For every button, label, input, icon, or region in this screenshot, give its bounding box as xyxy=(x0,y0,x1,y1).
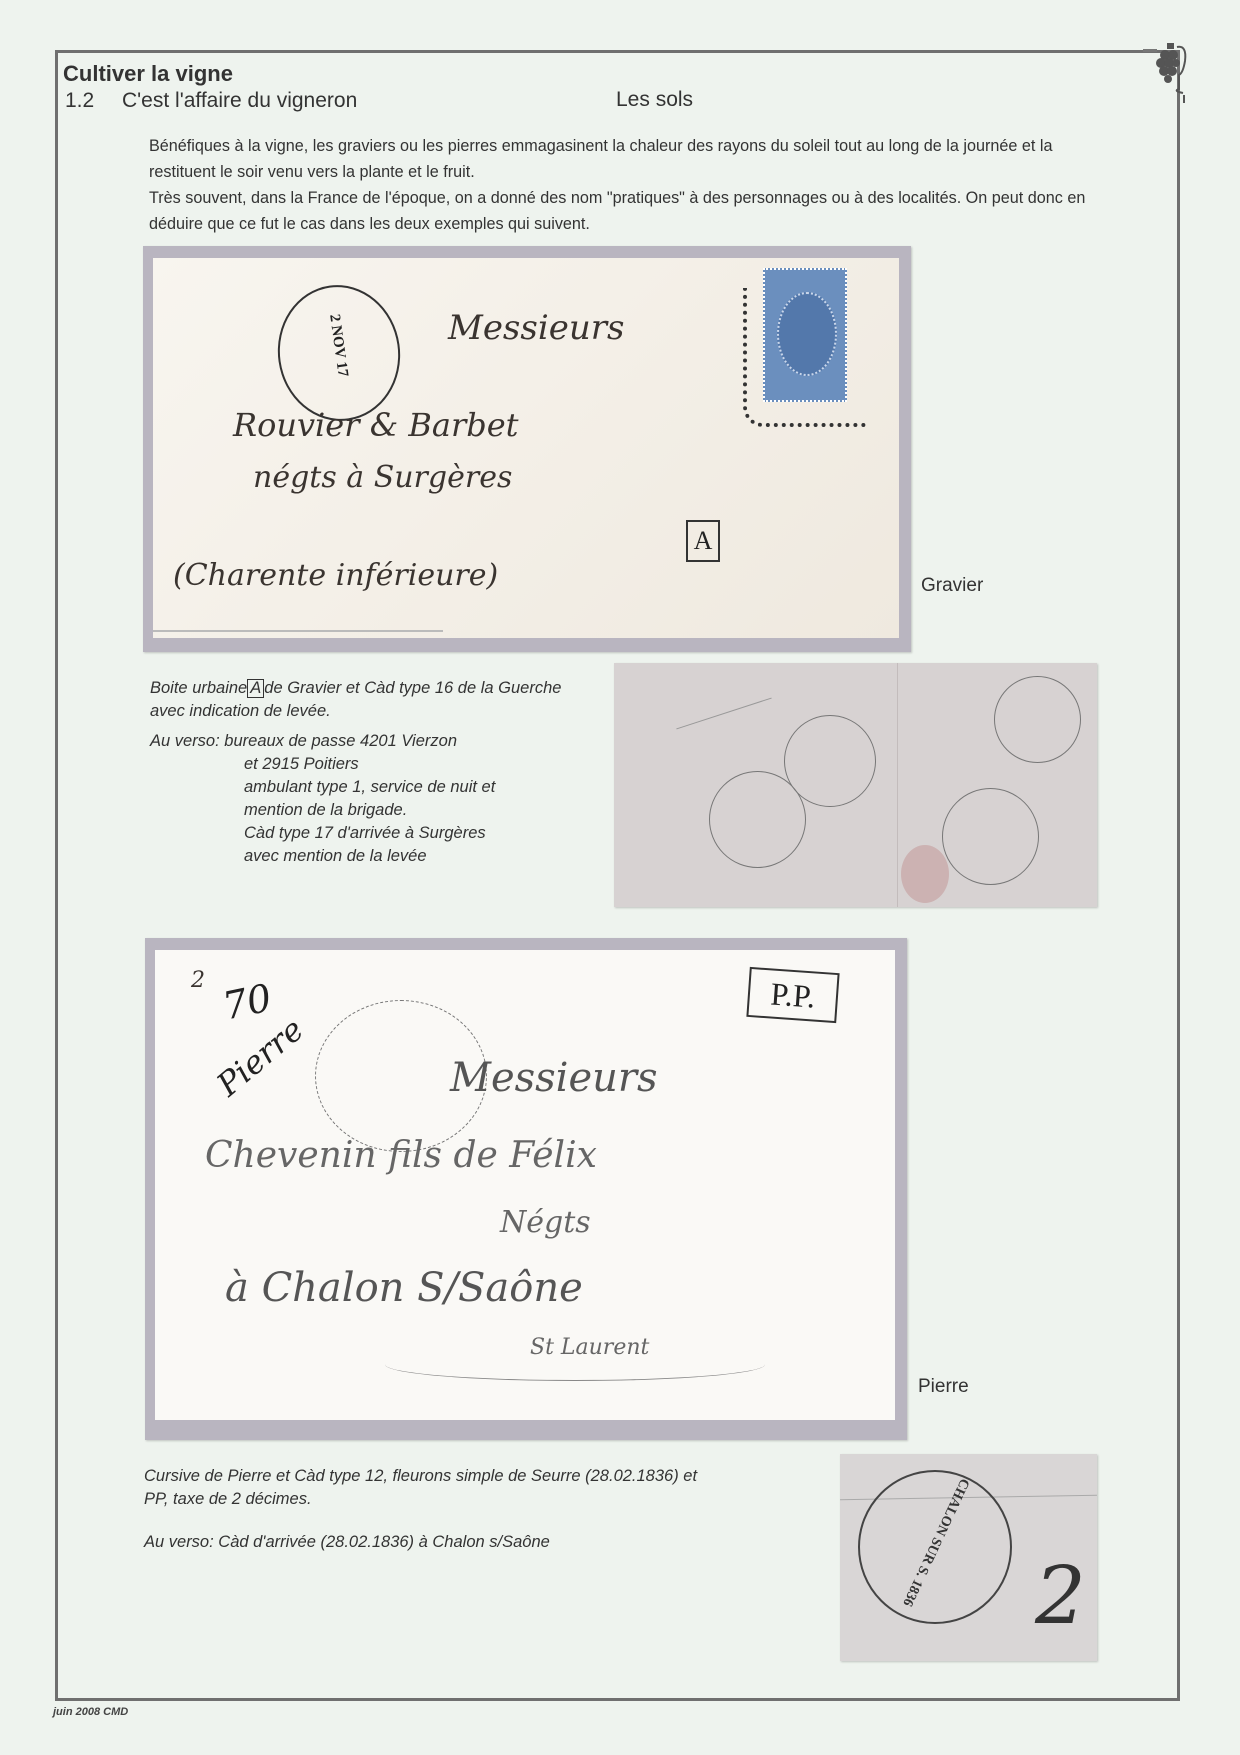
verso-cancel-2 xyxy=(709,771,806,868)
verso-cancel-3 xyxy=(994,676,1081,763)
tax-mark: 2 xyxy=(191,968,205,993)
cover-gravier-verso xyxy=(614,663,1097,907)
intro-paragraph-1: Bénéfiques à la vigne, les graviers ou l… xyxy=(149,133,1094,185)
cursive-pierre: Pierre xyxy=(210,1010,311,1104)
origin-number: 70 xyxy=(219,975,275,1028)
verso-fold xyxy=(897,663,898,907)
section-title: Les sols xyxy=(616,88,693,112)
envelope-fold-line xyxy=(153,630,443,632)
page-title: Cultiver la vigne xyxy=(63,61,233,87)
addressee-line-2: Rouvier & Barbet xyxy=(233,406,519,444)
addressee-line-2: Chevenin fils de Félix xyxy=(205,1135,597,1176)
chapter-title: C'est l'affaire du vigneron xyxy=(122,89,357,113)
grape-wine-glass-icon xyxy=(1143,33,1191,103)
chalon-cancel-text: CHALON SUR S. 1836 xyxy=(894,1465,977,1619)
caption-verso: Au verso: bureaux de passe 4201 Vierzon xyxy=(150,730,590,753)
cover-pierre-front: 2 70 Pierre P.P. Messieurs Chevenin fils… xyxy=(145,938,907,1440)
cover-gravier-front: 2 NOV 17 Messieurs Rouvier & Barbet négt… xyxy=(143,246,911,652)
chalon-cancel: CHALON SUR S. 1836 xyxy=(858,1470,1012,1624)
cancel-date: 2 NOV 17 xyxy=(324,308,351,384)
pp-mark: P.P. xyxy=(746,967,839,1023)
footer-date-author: juin 2008 CMD xyxy=(53,1706,128,1718)
intro-text: Bénéfiques à la vigne, les graviers ou l… xyxy=(149,133,1094,237)
boite-urbaine-a-mark: A xyxy=(686,520,720,562)
pencil-notation xyxy=(676,698,771,730)
verso-tax-digit: 2 xyxy=(1035,1549,1086,1642)
addressee-line-3: Négts xyxy=(500,1205,591,1240)
caption-verso: Au verso: Càd d'arrivée (28.02.1836) à C… xyxy=(144,1531,714,1554)
label-pierre: Pierre xyxy=(918,1376,969,1398)
label-gravier: Gravier xyxy=(921,575,983,597)
envelope: 2 70 Pierre P.P. Messieurs Chevenin fils… xyxy=(155,950,895,1420)
caption-line-1: Boite urbaineAde Gravier et Càd type 16 … xyxy=(150,677,590,723)
chapter-number: 1.2 xyxy=(65,89,94,113)
addressee-line-1: Messieurs xyxy=(450,1055,658,1101)
verso-cancel-4 xyxy=(942,788,1039,885)
envelope: 2 NOV 17 Messieurs Rouvier & Barbet négt… xyxy=(153,258,899,638)
addressee-line-1: Messieurs xyxy=(448,308,624,348)
addressee-line-3: négts à Surgères xyxy=(253,460,512,495)
wax-stain xyxy=(901,845,949,903)
caption-gravier: Boite urbaineAde Gravier et Càd type 16 … xyxy=(150,677,590,868)
addressee-line-4: (Charente inférieure) xyxy=(173,558,498,593)
dotted-numeral-cancel xyxy=(743,288,867,427)
inline-a-box: A xyxy=(247,679,264,698)
underline-flourish xyxy=(385,1348,765,1381)
addressee-line-4: à Chalon S/Saône xyxy=(225,1265,583,1311)
cover-pierre-verso: CHALON SUR S. 1836 2 xyxy=(840,1454,1097,1661)
caption-line-1: Cursive de Pierre et Càd type 12, fleuro… xyxy=(144,1465,714,1511)
intro-paragraph-2: Très souvent, dans la France de l'époque… xyxy=(149,185,1094,237)
caption-pierre: Cursive de Pierre et Càd type 12, fleuro… xyxy=(144,1465,714,1554)
